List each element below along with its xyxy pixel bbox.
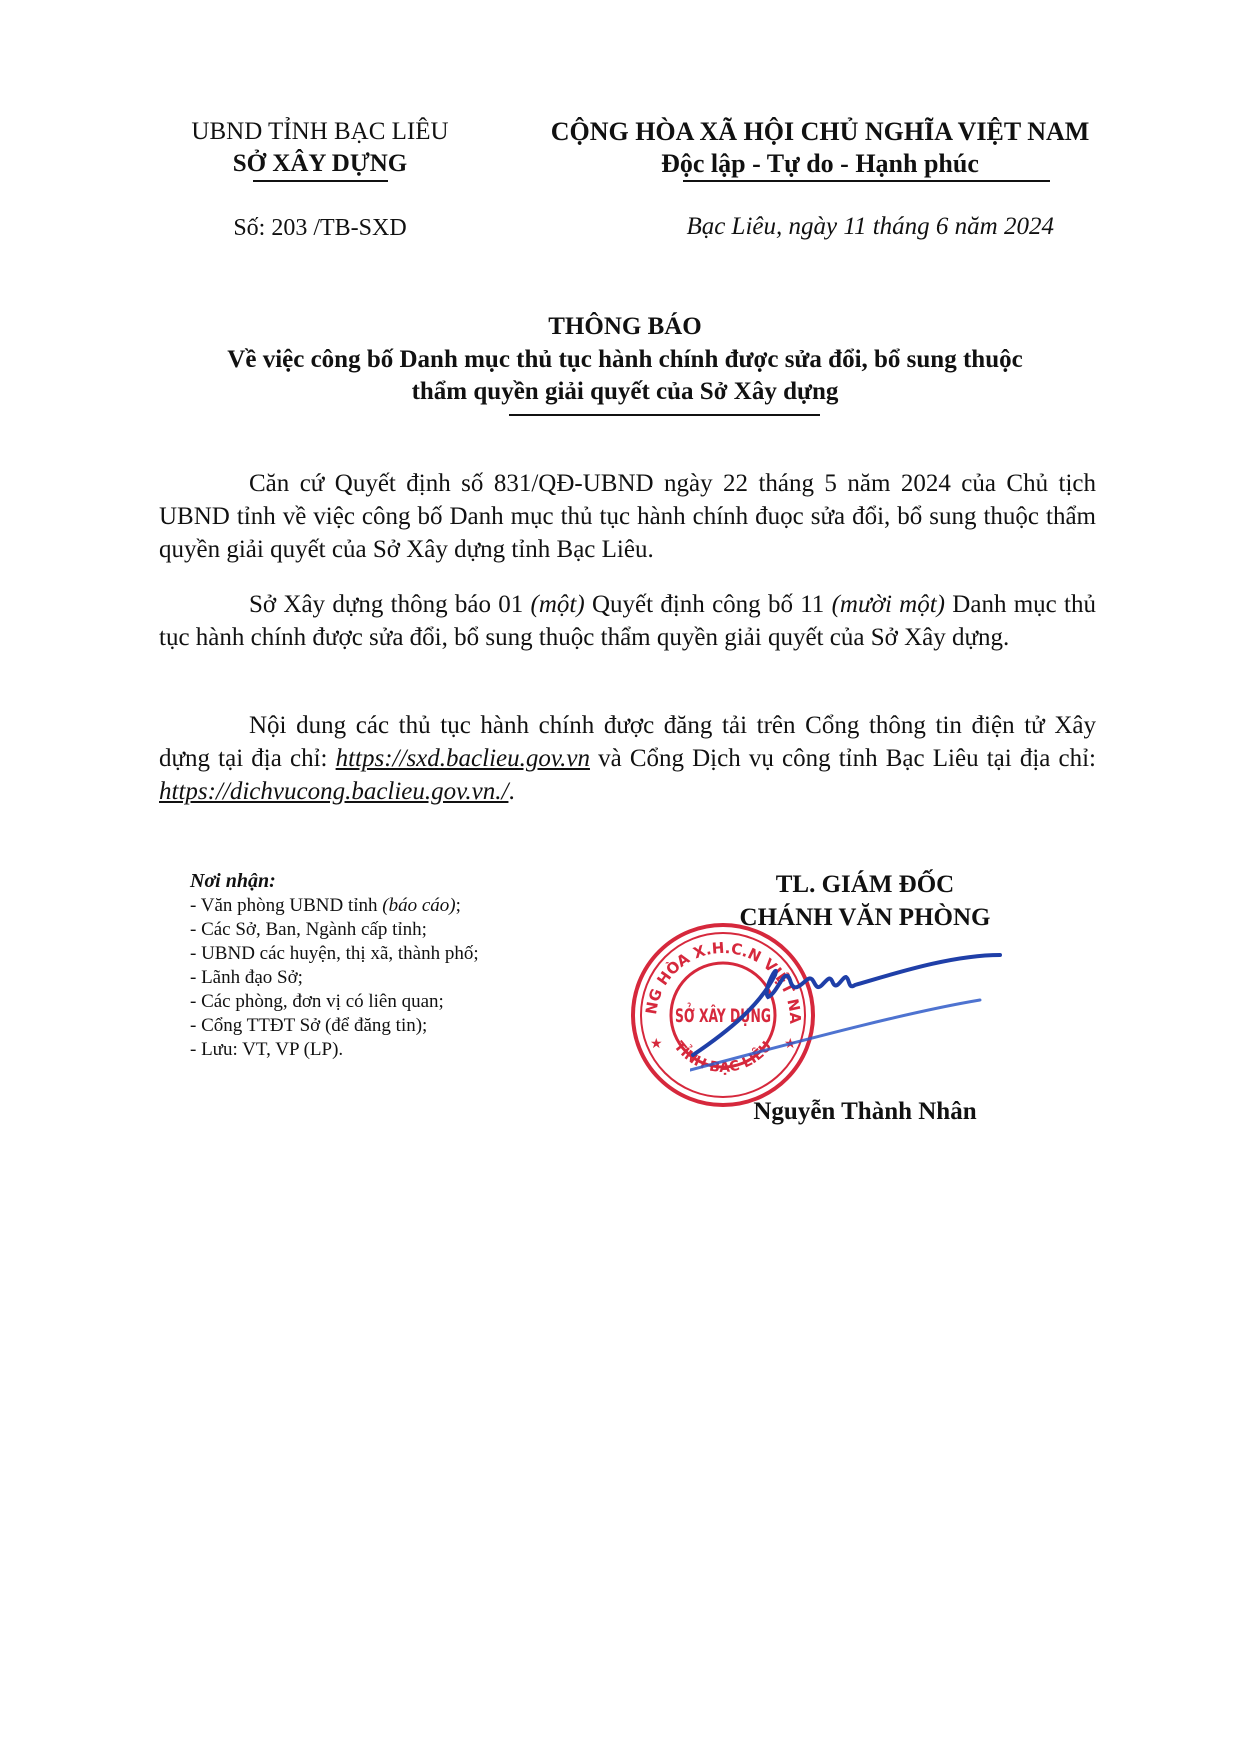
recipients-heading: Nơi nhận: [190,868,590,894]
handwritten-signature-icon [690,935,1090,1085]
title-underline [509,414,820,416]
body-paragraph-3: Nội dung các thủ tục hành chính được đăn… [159,709,1096,808]
recipient-note: (báo cáo) [382,895,455,916]
signer-role-1: TL. GIÁM ĐỐC [640,868,1090,901]
recipient-item: - Cổng TTĐT Sở (để đăng tin); [190,1014,590,1038]
link-sxd-portal[interactable]: https://sxd.baclieu.gov.vn [336,745,590,772]
document-title: THÔNG BÁO [150,310,1100,344]
text: Sở Xây dựng thông báo 01 [249,591,531,618]
body-paragraph-2: Sở Xây dựng thông báo 01 (một) Quyết địn… [159,588,1096,654]
signer-name: Nguyễn Thành Nhân [640,1098,1090,1126]
document-number: Số: 203 /TB-SXD [150,215,490,242]
issue-date: Bạc Liêu, ngày 11 tháng 6 năm 2024 [686,213,1054,241]
recipient-end: ; [456,895,461,916]
department-name: SỞ XÂY DỰNG [150,148,490,180]
motto-underline [683,180,1050,182]
recipient-item: - Văn phòng UBND tỉnh (báo cáo); [190,894,590,918]
link-public-service-portal[interactable]: https://dichvucong.baclieu.gov.vn./ [159,778,508,805]
italic-note: (mười một) [832,591,945,618]
recipient-item: - UBND các huyện, thị xã, thành phố; [190,942,590,966]
date-line: Bạc Liêu, ngày 11 tháng 6 năm 2024 [520,213,1120,241]
recipient-item: - Các phòng, đơn vị có liên quan; [190,990,590,1014]
national-header-block: CỘNG HÒA XÃ HỘI CHỦ NGHĨA VIỆT NAM Độc l… [520,116,1120,182]
text: Quyết định công bố 11 [585,591,832,618]
recipients-block: Nơi nhận: - Văn phòng UBND tỉnh (báo cáo… [190,868,590,1062]
text: . [508,778,514,805]
recipient-item: - Lưu: VT, VP (LP). [190,1038,590,1062]
recipient-item: - Các Sở, Ban, Ngành cấp tỉnh; [190,918,590,942]
italic-note: (một) [531,591,585,618]
recipient-text: - Văn phòng UBND tỉnh [190,895,382,916]
title-block: THÔNG BÁO Về việc công bố Danh mục thủ t… [150,310,1100,408]
document-subtitle-line-1: Về việc công bố Danh mục thủ tục hành ch… [150,344,1100,376]
department-underline [253,180,388,182]
national-motto: Độc lập - Tự do - Hạnh phúc [520,148,1120,180]
svg-text:★: ★ [650,1037,663,1052]
document-subtitle-line-2: thẩm quyền giải quyết của Sở Xây dựng [150,376,1100,408]
authority-name: UBND TỈNH BẠC LIÊU [150,116,490,148]
nation-name: CỘNG HÒA XÃ HỘI CHỦ NGHĨA VIỆT NAM [520,116,1120,148]
recipient-item: - Lãnh đạo Sở; [190,966,590,990]
text: và Cổng Dịch vụ công tỉnh Bạc Liêu tại đ… [590,745,1096,772]
body-paragraph-1: Căn cứ Quyết định số 831/QĐ-UBND ngày 22… [159,467,1096,566]
issuing-authority-block: UBND TỈNH BẠC LIÊU SỞ XÂY DỰNG [150,116,490,182]
